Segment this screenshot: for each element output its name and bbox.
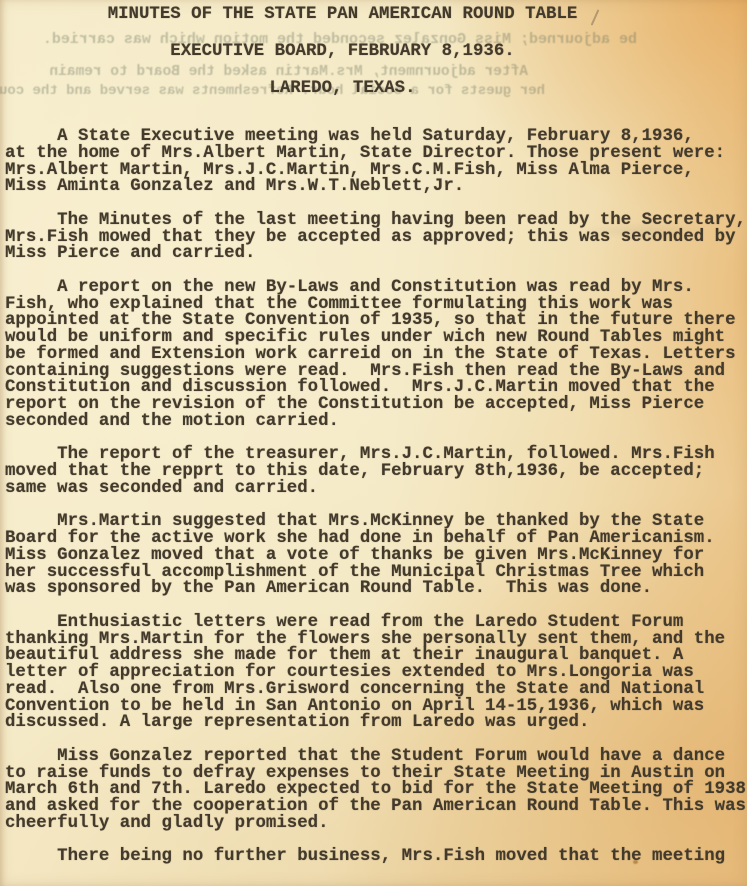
document-header: MINUTES OF THE STATE PAN AMERICAN ROUND … [0, 6, 685, 117]
paragraph-student-forum-dance: Miss Gonzalez reported that the Student … [5, 749, 747, 833]
document-title: MINUTES OF THE STATE PAN AMERICAN ROUND … [0, 6, 685, 23]
document-subtitle: EXECUTIVE BOARD, FEBRUARY 8,1936. [0, 43, 685, 60]
paragraph-closing: There being no further business, Mrs.Fis… [5, 849, 747, 866]
paragraph-student-forum-letters: Enthusiastic letters were read from the … [5, 615, 747, 732]
paragraph-minutes-read: The Minutes of the last meeting having b… [5, 213, 747, 263]
paragraph-meeting-held: A State Executive meeting was held Satur… [5, 129, 747, 196]
paragraph-treasurer-report: The report of the treasurer, Mrs.J.C.Mar… [5, 447, 747, 497]
paragraph-mckinney-thanks: Mrs.Martin suggested that Mrs.McKinney b… [5, 514, 747, 598]
document-body: A State Executive meeting was held Satur… [5, 129, 747, 883]
scanned-document-page: be adjourned; Miss Gonzalez seconded the… [0, 0, 747, 886]
paragraph-bylaws-report: A report on the new By-Laws and Constitu… [5, 280, 747, 431]
document-location: LAREDO, TEXAS. [0, 80, 685, 97]
